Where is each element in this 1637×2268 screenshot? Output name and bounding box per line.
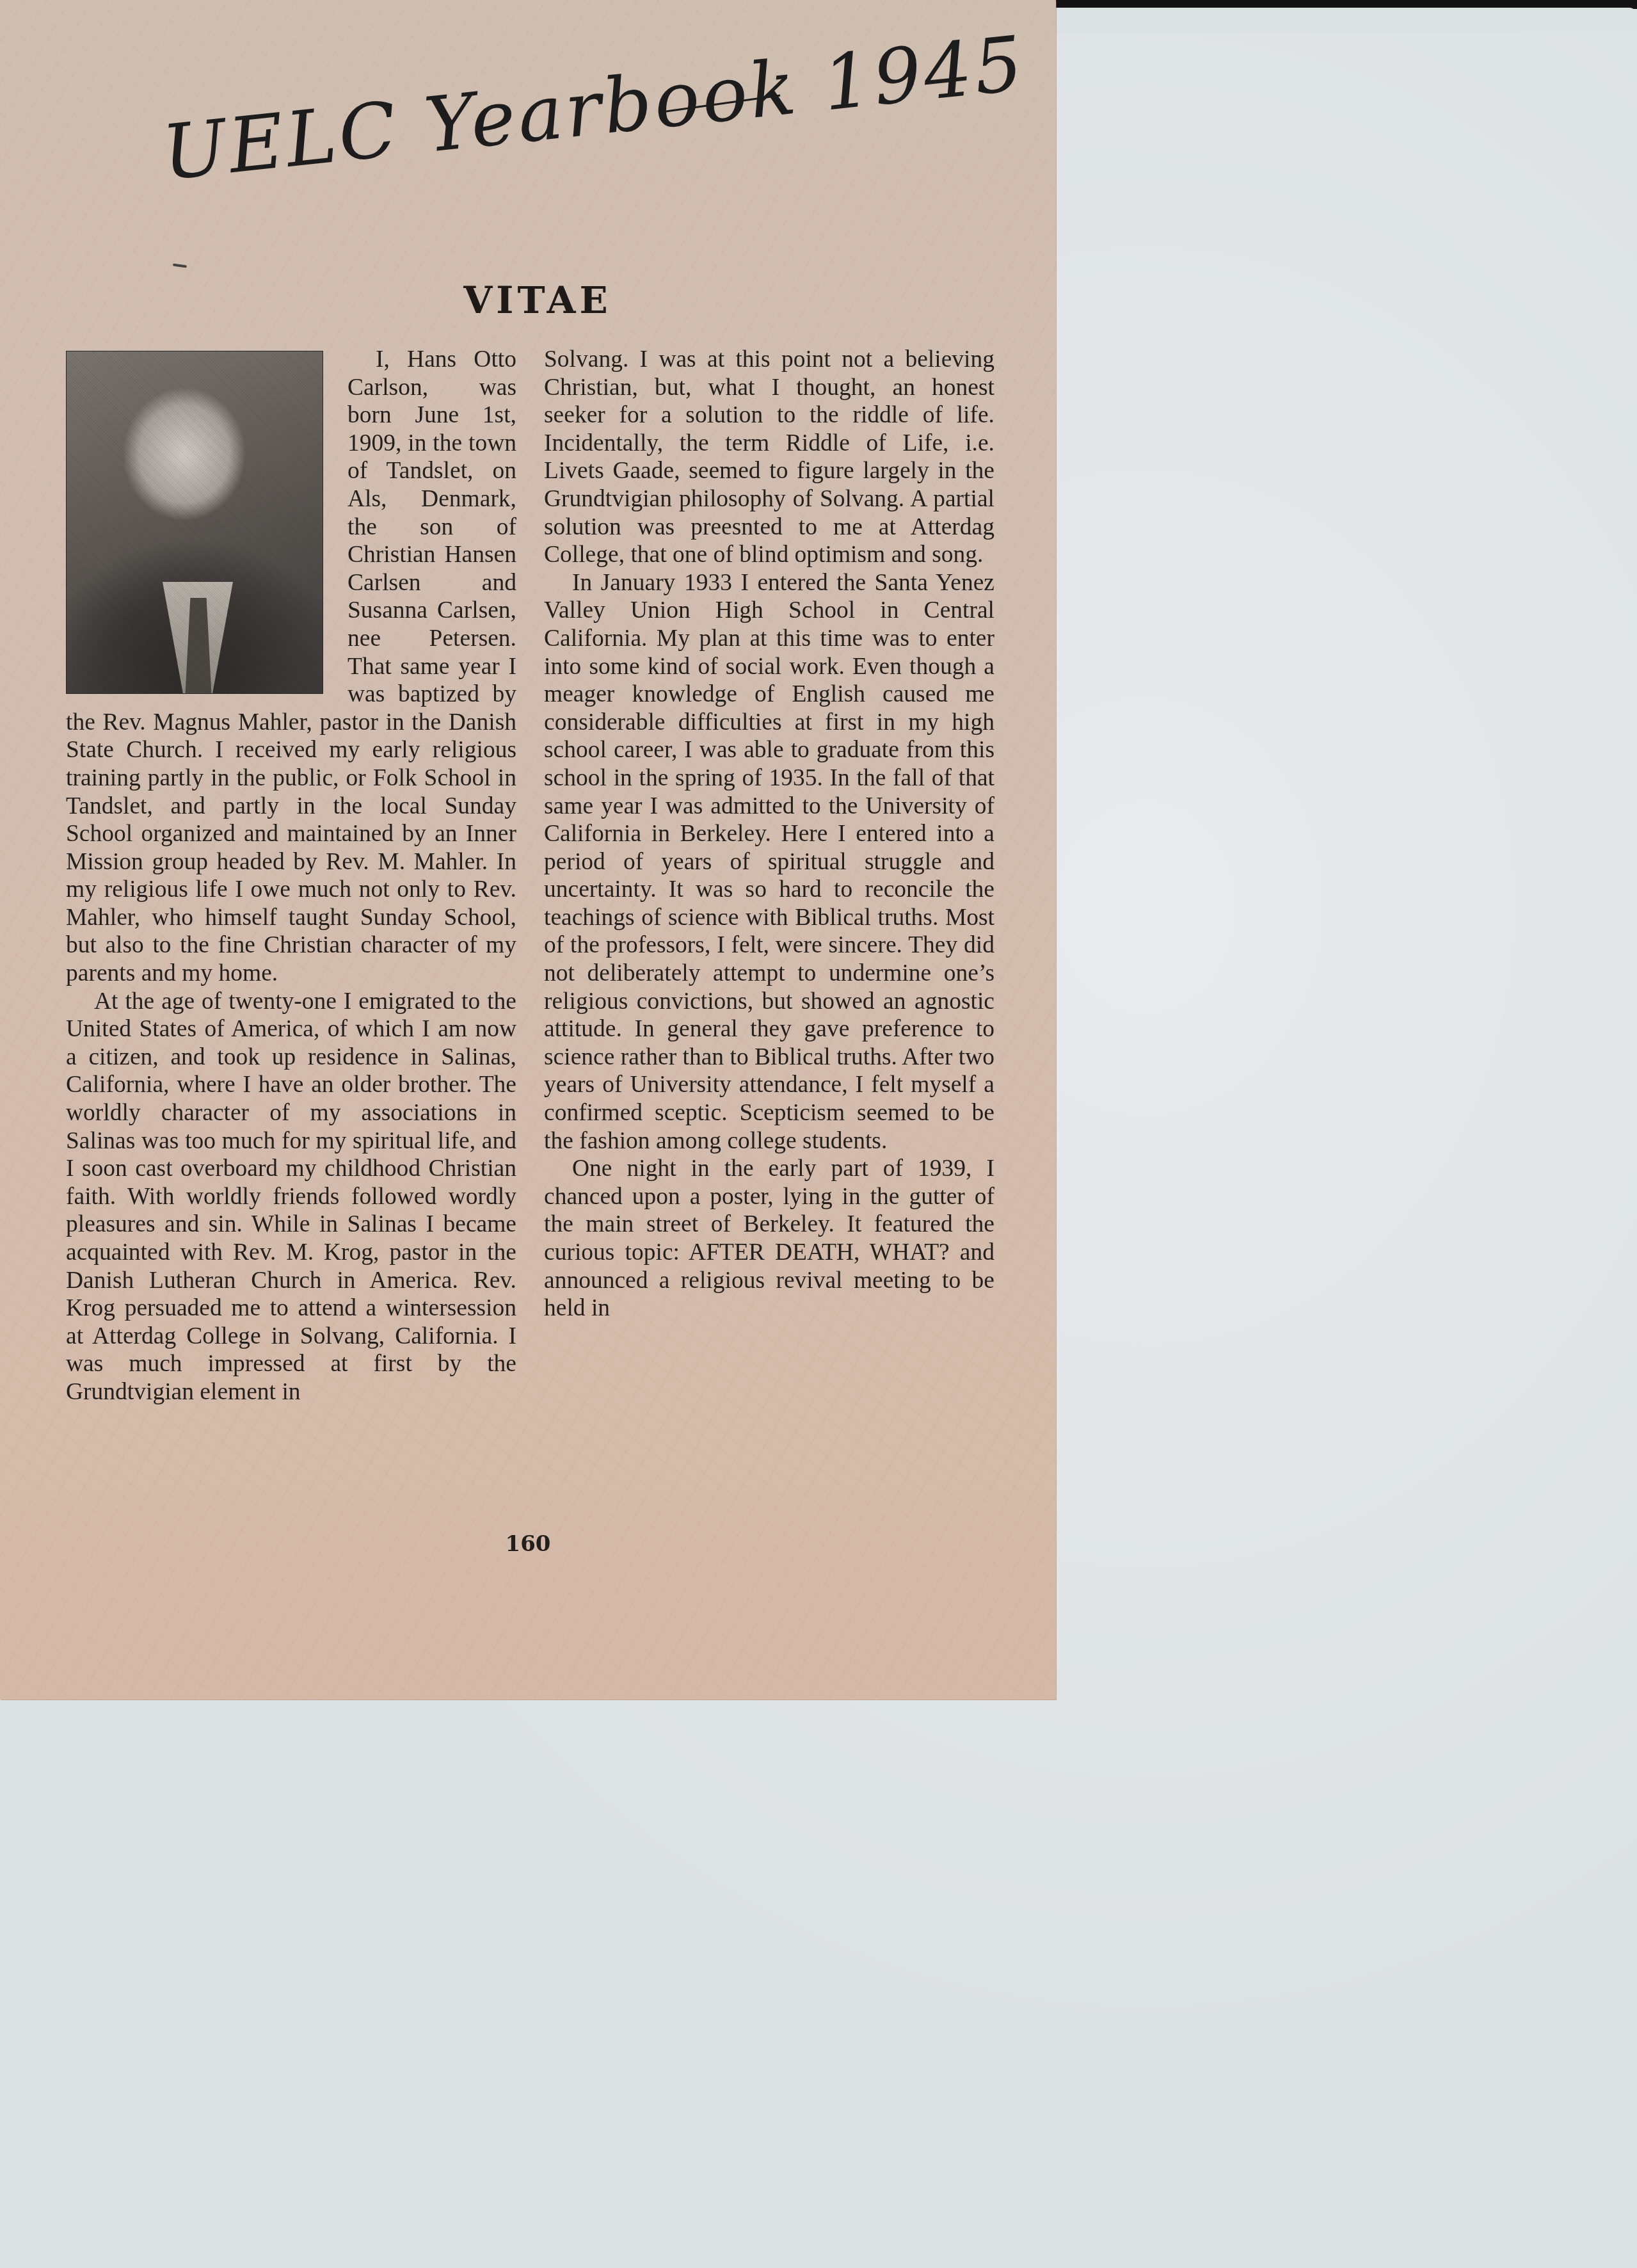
scanner-bed-corner [1056,8,1637,33]
paragraph-emigration: At the age of twenty-one I emigrated to … [66,988,516,1406]
paragraph-poster: One night in the early part of 1939, I c… [544,1155,994,1323]
handwritten-year: 1945 [818,19,1029,127]
paragraph-solvang-continued: Solvang. I was at this point not a belie… [544,346,994,569]
right-text-column: Solvang. I was at this point not a belie… [544,346,994,1323]
handwritten-label: UELC Yearbook [159,43,803,197]
photo-halftone-grain [67,351,323,693]
stray-ink-mark [173,263,187,268]
portrait-photo [66,351,323,694]
paragraph-education: In January 1933 I entered the Santa Yene… [544,569,994,1155]
handwritten-annotation: UELC Yearbook1945 [159,19,1029,197]
article-title: VITAE [0,278,1075,322]
left-text-column: I, Hans Otto Carlson, was born June 1st,… [66,346,516,1406]
page-number: 160 [0,1531,1056,1557]
yearbook-page-clipping: UELC Yearbook1945 VITAE I, Hans Otto Car… [0,0,1056,1700]
